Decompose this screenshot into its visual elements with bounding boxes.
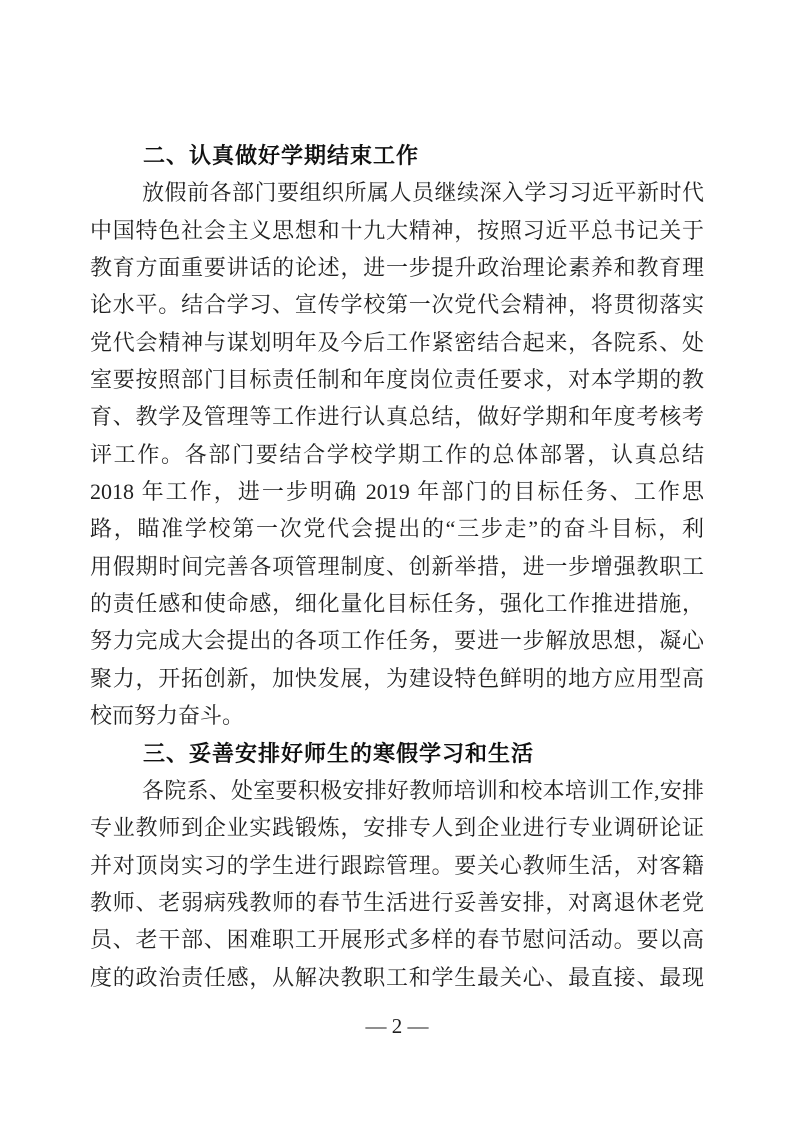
text-line: 放假前各部门要组织所属人员继续深入学习习近平新时代 [90, 174, 704, 211]
text-line: 聚力，开拓创新，加快发展，为建设特色鲜明的地方应用型高 [90, 660, 704, 697]
text-line: 中国特色社会主义思想和十九大精神，按照习近平总书记关于 [90, 212, 704, 249]
document-body: 二、认真做好学期结束工作放假前各部门要组织所属人员继续深入学习习近平新时代中国特… [90, 137, 704, 996]
text-line: 路，瞄准学校第一次党代会提出的“三步走”的奋斗目标，利 [90, 510, 704, 547]
text-line: 教师、老弱病残教师的春节生活进行妥善安排，对离退休老党 [90, 884, 704, 921]
text-line: 育、教学及管理等工作进行认真总结，做好学期和年度考核考 [90, 398, 704, 435]
text-line: 各院系、处室要积极安排好教师培训和校本培训工作,安排 [90, 772, 704, 809]
text-line: 努力完成大会提出的各项工作任务，要进一步解放思想，凝心 [90, 622, 704, 659]
text-line: 的责任感和使命感，细化量化目标任务，强化工作推进措施， [90, 585, 704, 622]
text-line: 评工作。各部门要结合学校学期工作的总体部署，认真总结 [90, 436, 704, 473]
text-line: 校而努力奋斗。 [90, 697, 704, 734]
page-number: — 2 — [366, 1014, 429, 1038]
section-heading: 二、认真做好学期结束工作 [90, 137, 704, 174]
text-line: 度的政治责任感，从解决教职工和学生最关心、最直接、最现 [90, 959, 704, 996]
page-footer: — 2 — [0, 1012, 794, 1040]
text-line: 用假期时间完善各项管理制度、创新举措，进一步增强教职工 [90, 548, 704, 585]
text-line: 并对顶岗实习的学生进行跟踪管理。要关心教师生活，对客籍 [90, 847, 704, 884]
section-heading: 三、妥善安排好师生的寒假学习和生活 [90, 735, 704, 772]
text-line: 室要按照部门目标责任制和年度岗位责任要求，对本学期的教 [90, 361, 704, 398]
text-line: 教育方面重要讲话的论述，进一步提升政治理论素养和教育理 [90, 249, 704, 286]
text-line: 党代会精神与谋划明年及今后工作紧密结合起来，各院系、处 [90, 324, 704, 361]
text-line: 专业教师到企业实践锻炼，安排专人到企业进行专业调研论证 [90, 809, 704, 846]
text-line: 2018 年工作，进一步明确 2019 年部门的目标任务、工作思 [90, 473, 704, 510]
document-page: 二、认真做好学期结束工作放假前各部门要组织所属人员继续深入学习习近平新时代中国特… [0, 0, 794, 1123]
text-line: 员、老干部、困难职工开展形式多样的春节慰问活动。要以高 [90, 921, 704, 958]
text-line: 论水平。结合学习、宣传学校第一次党代会精神，将贯彻落实 [90, 286, 704, 323]
